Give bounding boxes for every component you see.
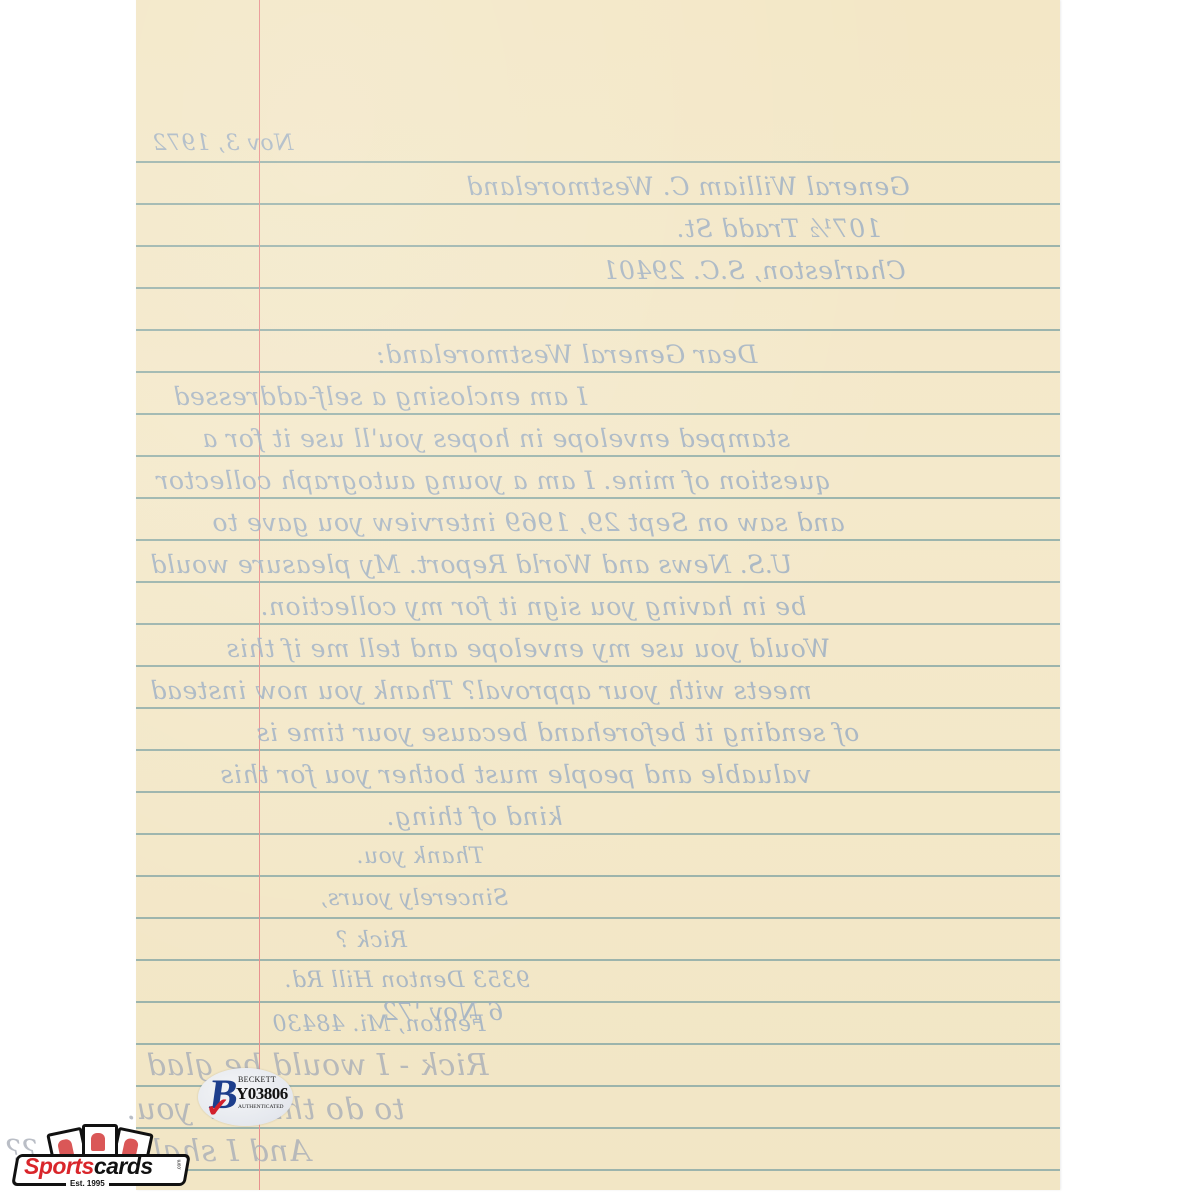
body-line: valuable and people must bother you for … (220, 760, 811, 789)
rule-line (136, 1169, 1060, 1171)
body-line: stamped envelope in hopes you'll use it … (202, 424, 790, 453)
logo-tld: .com (176, 1160, 182, 1171)
rule-line (136, 749, 1060, 751)
rule-line (136, 455, 1060, 457)
letter-paper: Nov 3, 1972 General William C. Westmorel… (136, 0, 1060, 1190)
rule-line (136, 161, 1060, 163)
rule-line (136, 959, 1060, 961)
salutation: Dear General Westmoreland: (376, 340, 757, 369)
closing-line: Thank you. (356, 844, 484, 869)
body-line: of sending it beforehand because your ti… (256, 718, 859, 747)
sticker-label: AUTHENTICATED (238, 1104, 284, 1110)
rule-line (136, 623, 1060, 625)
recipient-line: General William C. Westmoreland (466, 172, 910, 201)
rule-line (136, 413, 1060, 415)
rule-line (136, 203, 1060, 205)
checkmark-icon: ✔ (206, 1094, 229, 1122)
rule-line (136, 1043, 1060, 1045)
closing-line: Sincerely yours, (320, 886, 508, 911)
rule-line (136, 329, 1060, 331)
authentication-sticker: B ✔ BECKETT Y03806 AUTHENTICATED (198, 1068, 293, 1126)
rule-line (136, 791, 1060, 793)
sticker-serial: Y03806 (236, 1084, 288, 1104)
body-line: I am enclosing a self-addressed (173, 382, 587, 411)
logo-wordmark: Sportscards (24, 1155, 153, 1178)
sportscards-logo: Sportscards .com Est. 1995 (8, 1124, 186, 1190)
rule-line (136, 917, 1060, 919)
body-line: be in having you sign it for my collecti… (260, 592, 807, 621)
pencil-reply-line: Rick - I would be glad (146, 1048, 489, 1083)
rule-line (136, 371, 1060, 373)
rule-line (136, 581, 1060, 583)
rule-line (136, 245, 1060, 247)
body-line: question of mine. I am a young autograph… (156, 466, 831, 495)
return-address-line: 9353 Denton Hill Rd. (284, 968, 530, 993)
body-line: kind of thing. (386, 802, 563, 831)
body-line: Would you use my envelope and tell me if… (226, 634, 830, 663)
signature: Rick ? (336, 928, 407, 953)
rule-line (136, 1127, 1060, 1129)
logo-tagline: Est. 1995 (66, 1179, 109, 1188)
letter-date: Nov 3, 1972 (152, 131, 293, 156)
recipient-line: Charleston, S.C. 29401 (602, 256, 906, 285)
sticker-brand: BECKETT (238, 1075, 276, 1084)
body-line: meets with your approval? Thank you now … (150, 676, 812, 705)
rule-line (136, 707, 1060, 709)
rule-line (136, 665, 1060, 667)
body-line: U.S. News and World Report. My pleasure … (150, 550, 792, 579)
recipient-line: 107½ Tradd St. (676, 214, 882, 243)
rule-line (136, 497, 1060, 499)
return-address-line: Fenton, Mi. 48430 (272, 1012, 486, 1037)
rule-line (136, 1001, 1060, 1003)
rule-line (136, 539, 1060, 541)
rule-line (136, 833, 1060, 835)
body-line: and saw on Sept 29, 1969 interview you g… (212, 508, 845, 537)
rule-line (136, 875, 1060, 877)
rule-line (136, 287, 1060, 289)
